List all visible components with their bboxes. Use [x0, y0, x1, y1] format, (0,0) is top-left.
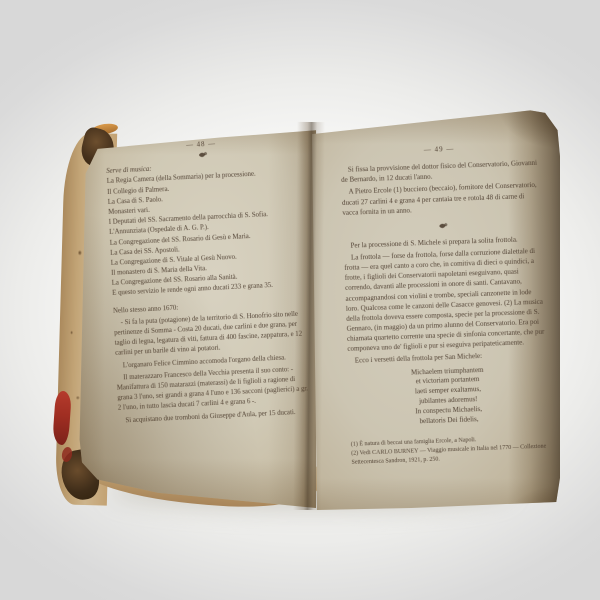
paragraph: Il materazzaro Francesco della Vecchia p…: [116, 364, 310, 414]
paragraph: A Pietro Ercole (1) bucciero (beccaio), …: [341, 180, 540, 218]
paragraph: La frottola — forse da frottola, forse d…: [344, 246, 546, 355]
fleuron-icon: [198, 151, 205, 158]
right-page: — 49 — Si fissa la provvisione del dotto…: [312, 108, 560, 510]
paragraph: - Si fa la puta (potagione) de la territ…: [113, 309, 307, 359]
left-page-text: — 48 — Serve di musica: La Regia Camera …: [105, 136, 311, 427]
photo-background: — 48 — Serve di musica: La Regia Camera …: [0, 0, 600, 600]
fleuron-icon: [438, 222, 445, 229]
right-page-text: — 49 — Si fissa la provvisione del dotto…: [340, 141, 550, 467]
verse-frottola: Michaelem triumphantem et victoriam port…: [348, 363, 548, 430]
footnotes: (1) È natura di beccai una famiglia Erco…: [351, 434, 550, 467]
left-page: — 48 — Serve di musica: La Regia Camera …: [76, 128, 316, 508]
